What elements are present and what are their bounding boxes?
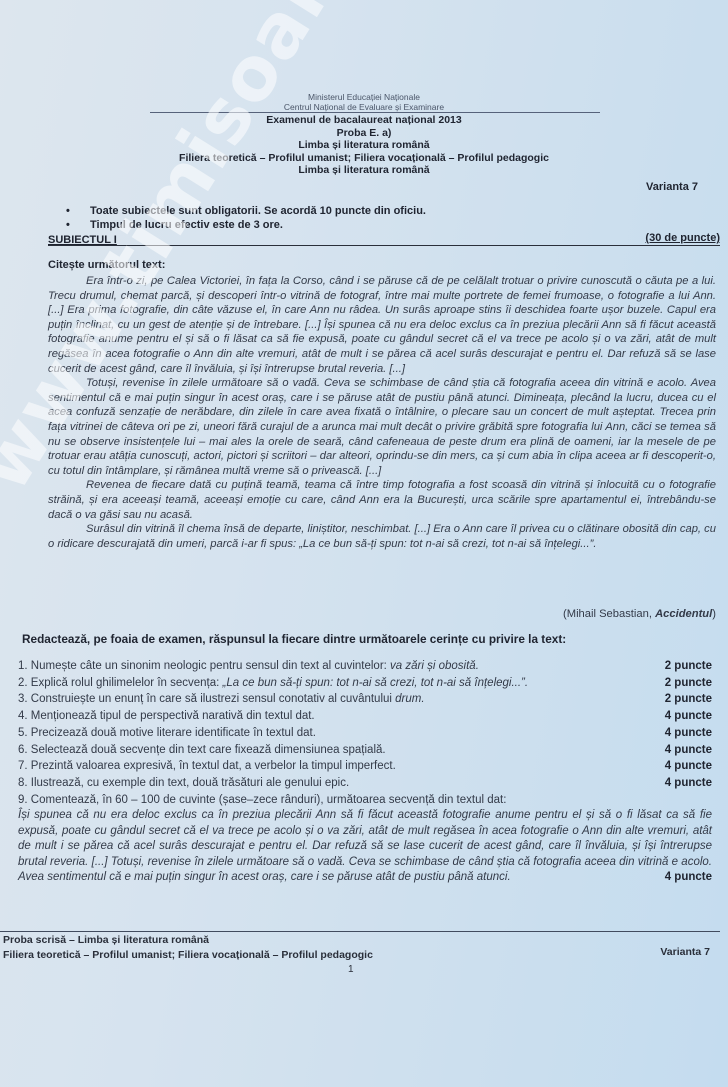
page-number: 1 [348, 964, 354, 975]
task-item: 4. Menționează tipul de perspectivă nara… [18, 708, 712, 725]
exam-title: Examenul de bacalaureat național 2013 [0, 114, 728, 127]
task-points: 4 puncte [665, 870, 712, 886]
task-item: 7. Prezintă valoarea expresivă, în textu… [18, 758, 712, 775]
task-text: 8. Ilustrează, cu exemple din text, două… [18, 775, 349, 792]
task-text: 3. Construiește un enunț în care să ilus… [18, 693, 395, 705]
literary-passage: Era într-o zi, pe Calea Victoriei, în fa… [48, 274, 716, 551]
task9-quote-text: Își spunea că nu era deloc exclus ca în … [18, 809, 712, 883]
author-name: (Mihail Sebastian, [563, 608, 655, 620]
task-points: 4 puncte [665, 775, 712, 792]
passage-paragraph: Totuși, revenise în zilele următoare să … [48, 376, 716, 478]
task-emphasis: va zări și obosită. [390, 660, 479, 672]
passage-paragraph: Surâsul din vitrină îl chema însă de dep… [48, 522, 716, 551]
section-points: (30 de puncte) [645, 232, 720, 244]
exam-page: Ministerul Educației Naționale Centrul N… [0, 0, 728, 1087]
exam-header: Ministerul Educației Naționale Centrul N… [0, 92, 728, 177]
task-text: 2. Explică rolul ghilimelelor în secvenț… [18, 677, 223, 689]
task-points: 2 puncte [665, 658, 712, 675]
section-header: SUBIECTUL I (30 de puncte) [48, 232, 720, 246]
passage-paragraph: Revenea de fiecare dată cu puțină teamă,… [48, 478, 716, 522]
task-item: 9. Comentează, în 60 – 100 de cuvinte (ș… [18, 792, 712, 809]
task-text: 7. Prezintă valoarea expresivă, în textu… [18, 758, 396, 775]
center-name: Centrul Național de Evaluare și Examinar… [0, 102, 728, 112]
footer-line-1: Proba scrisă – Limba și literatura român… [3, 934, 209, 946]
footer-variant: Varianta 7 [660, 946, 710, 958]
task-points: 4 puncte [665, 708, 712, 725]
rule-item: Timpul de lucru efectiv este de 3 ore. [62, 219, 426, 233]
task-item: 8. Ilustrează, cu exemple din text, două… [18, 775, 712, 792]
passage-paragraph: Era într-o zi, pe Calea Victoriei, în fa… [48, 274, 716, 376]
task-text: 6. Selectează două secvențe din text car… [18, 742, 386, 759]
task-list: 1. Numește câte un sinonim neologic pent… [18, 658, 712, 886]
task-text: 1. Numește câte un sinonim neologic pent… [18, 660, 390, 672]
task-item: 2. Explică rolul ghilimelelor în secvenț… [18, 675, 712, 692]
rule-item: Toate subiectele sunt obligatorii. Se ac… [62, 205, 426, 219]
section-title: SUBIECTUL I [48, 234, 117, 246]
task-points: 4 puncte [665, 758, 712, 775]
task-item: 1. Numește câte un sinonim neologic pent… [18, 658, 712, 675]
task-instruction: Redactează, pe foaia de examen, răspunsu… [22, 632, 720, 646]
exam-rules: Toate subiectele sunt obligatorii. Se ac… [62, 205, 426, 232]
task-item: 5. Precizează două motive literare ident… [18, 725, 712, 742]
attribution-close: ) [712, 608, 716, 620]
variant-label: Varianta 7 [646, 181, 698, 193]
task-text: 4. Menționează tipul de perspectivă nara… [18, 708, 315, 725]
work-title: Accidentul [655, 608, 712, 620]
header-divider [150, 112, 600, 113]
task-item: 3. Construiește un enunț în care să ilus… [18, 691, 712, 708]
task-points: 4 puncte [665, 742, 712, 759]
task-points: 2 puncte [665, 691, 712, 708]
task-item: 6. Selectează două secvențe din text car… [18, 742, 712, 759]
footer-line-2: Filiera teoretică – Profilul umanist; Fi… [3, 949, 373, 961]
proba-label: Proba E. a) [0, 127, 728, 140]
task-emphasis: drum. [395, 693, 424, 705]
read-instruction: Citește următorul text: [48, 259, 165, 271]
task-points: 2 puncte [665, 675, 712, 692]
attribution: (Mihail Sebastian, Accidentul) [563, 608, 716, 620]
task9-quote: Își spunea că nu era deloc exclus ca în … [18, 808, 712, 886]
subject-repeat-label: Limba și literatura română [0, 164, 728, 177]
subject-label: Limba și literatura română [0, 139, 728, 152]
profile-label: Filiera teoretică – Profilul umanist; Fi… [0, 152, 728, 165]
ministry-name: Ministerul Educației Naționale [0, 92, 728, 102]
task-text: 5. Precizează două motive literare ident… [18, 725, 316, 742]
footer-divider [0, 931, 720, 932]
task-emphasis: „La ce bun să-ți spun: tot n-ai să crezi… [223, 677, 529, 689]
task-points: 4 puncte [665, 725, 712, 742]
task-text: 9. Comentează, în 60 – 100 de cuvinte (ș… [18, 792, 506, 809]
